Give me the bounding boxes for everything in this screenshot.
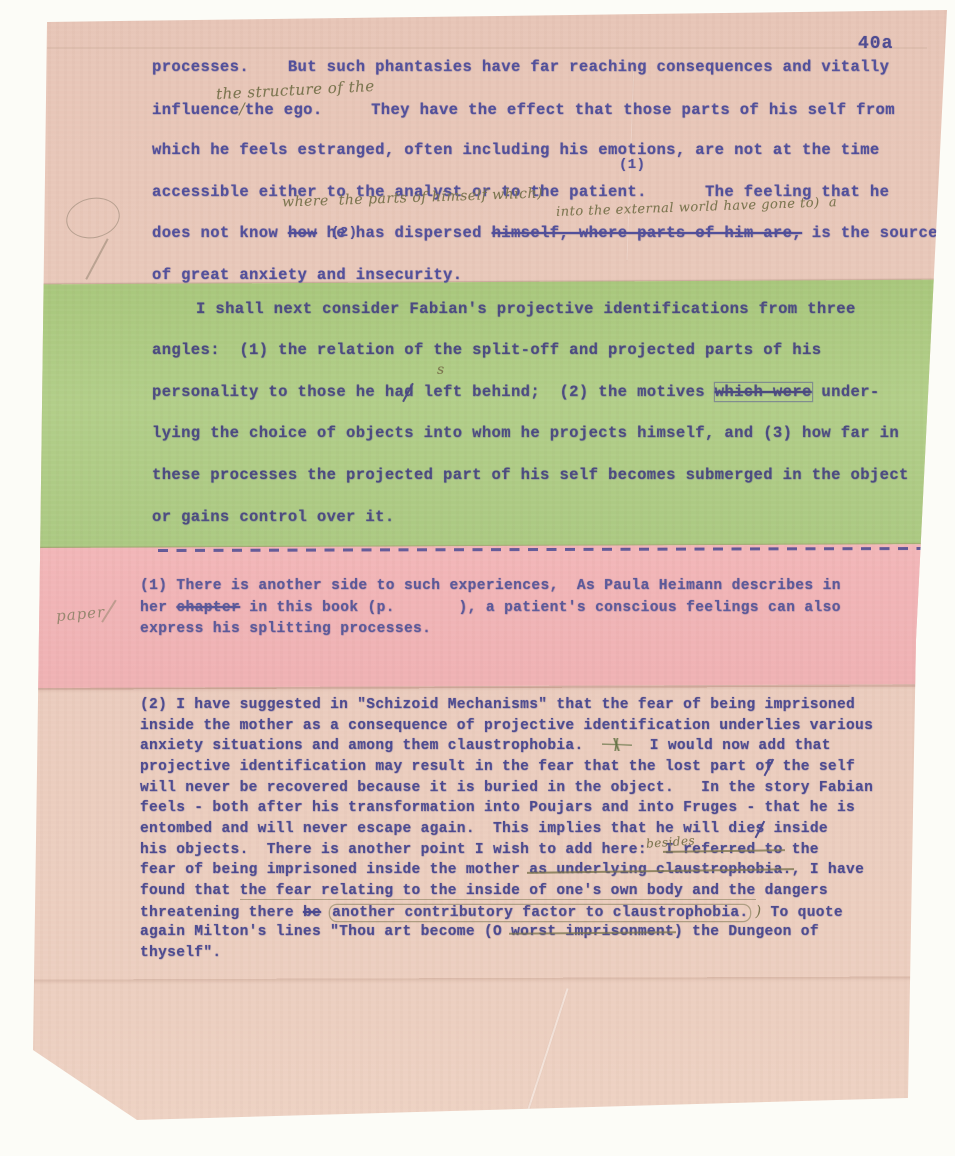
- pink-paper-strip: [30, 544, 955, 688]
- typed-text: influence: [152, 101, 239, 119]
- footnote-reference: (2): [331, 225, 357, 241]
- typed-text: lying the choice of objects into whom he…: [152, 424, 899, 442]
- typed-text: his objects. There is another point I wi…: [140, 842, 665, 858]
- main-paragraph-line: which he feels estranged, often includin…: [152, 141, 880, 159]
- typed-text: himself, where parts of him are,: [492, 224, 802, 242]
- typed-text: which were: [715, 383, 812, 401]
- green-paragraph-line: lying the choice of objects into whom he…: [152, 424, 899, 442]
- footnote-2-line: threatening there be another contributor…: [140, 904, 843, 921]
- typed-text: s: [756, 821, 765, 837]
- green-paragraph-line: personality to those he had left behind;…: [152, 383, 880, 401]
- typed-text: in this book (p. ), a patient's consciou…: [240, 600, 841, 616]
- typed-text: To quote: [761, 905, 842, 921]
- main-paragraph-line: processes. But such phantasies have far …: [152, 58, 889, 76]
- typed-text: inside: [765, 821, 828, 837]
- typed-text: anxiety situations and among them claust…: [140, 738, 602, 754]
- pencil-circle-mark: [62, 193, 123, 243]
- typed-text: chapter: [176, 600, 240, 616]
- typed-text: [321, 905, 330, 921]
- footnote-1-line: express his splitting processes.: [140, 621, 431, 637]
- main-paragraph-line: influence/the ego. They have the effect …: [152, 100, 895, 119]
- typed-text: processes. But such phantasies have far …: [152, 58, 889, 76]
- pencil-scribble: [602, 738, 632, 751]
- typed-text: is the source: [802, 224, 938, 242]
- typed-text: I shall next consider Fabian's projectiv…: [196, 300, 856, 318]
- typed-text: projective identification may result in …: [140, 759, 765, 775]
- footnote-2-line: entombed and will never escape again. Th…: [140, 821, 828, 837]
- typed-text: how: [288, 224, 317, 242]
- typed-text: express his splitting processes.: [140, 621, 431, 637]
- main-paragraph-line: does not know how he has dispersed himse…: [152, 224, 938, 242]
- typed-text: threatening there: [140, 905, 303, 921]
- typed-text: (1) There is another side to such experi…: [140, 578, 841, 594]
- typed-text: her: [140, 600, 176, 616]
- footnote-2-line: feels - both after his transformation in…: [140, 800, 855, 816]
- footnote-2-line: anxiety situations and among them claust…: [140, 738, 831, 754]
- typed-text: under-: [812, 383, 880, 401]
- typed-text: does not know: [152, 224, 288, 242]
- typed-text: the self: [774, 759, 855, 775]
- green-paragraph-line: I shall next consider Fabian's projectiv…: [196, 300, 856, 318]
- green-paragraph-line: or gains control over it.: [152, 508, 395, 526]
- typed-text: these processes the projected part of hi…: [152, 466, 909, 484]
- typed-text: angles: (1) the relation of the split-of…: [152, 341, 821, 359]
- typed-text: as underlying claustrophobia.: [529, 862, 792, 878]
- typed-text: f: [765, 759, 774, 775]
- typed-text: found that: [140, 883, 240, 899]
- paper-seam: [47, 47, 927, 49]
- typed-text: (2) I have suggested in "Schizoid Mechan…: [140, 697, 855, 713]
- typed-text: the: [783, 842, 819, 858]
- typed-text: inside the mother as a consequence of pr…: [140, 718, 873, 734]
- typed-text: the fear relating to the inside of one's…: [240, 883, 756, 900]
- typed-text: ) the Dungeon of: [674, 924, 819, 940]
- green-paragraph-line: angles: (1) the relation of the split-of…: [152, 341, 821, 359]
- footnote-2-line: his objects. There is another point I wi…: [140, 842, 819, 858]
- page-number: 40a: [858, 34, 893, 54]
- typed-text: which he feels estranged, often includin…: [152, 141, 880, 159]
- footnote-2-line: thyself".: [140, 945, 221, 961]
- typed-text: worst imprisonment: [511, 924, 674, 940]
- typed-text: or gains control over it.: [152, 508, 395, 526]
- footnote-2-line: again Milton's lines "Thou art become (O…: [140, 924, 819, 940]
- typed-text: personality to those he ha: [152, 383, 404, 401]
- typed-text: of great anxiety and insecurity.: [152, 266, 462, 284]
- typed-text: fear of being imprisoned inside the moth…: [140, 862, 529, 878]
- typed-text: thyself".: [140, 945, 221, 961]
- footnote-2-line: found that the fear relating to the insi…: [140, 883, 828, 899]
- footnote-1-line: (1) There is another side to such experi…: [140, 578, 841, 594]
- footnote-2-line: will never be recovered because it is bu…: [140, 780, 873, 796]
- footnote-2-line: fear of being imprisoned inside the moth…: [140, 862, 864, 878]
- typed-text: another contributory factor to claustrop…: [330, 905, 750, 921]
- typed-text: left behind; (2) the motives: [414, 383, 715, 401]
- typed-text: feels - both after his transformation in…: [140, 800, 855, 816]
- typed-text: again Milton's lines "Thou art become (O: [140, 924, 511, 940]
- typed-text: dangers: [756, 883, 828, 899]
- pencil-tick-mark: [85, 238, 108, 279]
- typed-text: will never be recovered because it is bu…: [140, 780, 873, 796]
- footnote-2-line: inside the mother as a consequence of pr…: [140, 718, 873, 734]
- footnote-2-line: (2) I have suggested in "Schizoid Mechan…: [140, 697, 855, 713]
- paper-crease: [523, 988, 568, 1122]
- main-paragraph-line: of great anxiety and insecurity.: [152, 266, 462, 284]
- typed-text: d: [404, 383, 414, 401]
- footnote-reference: (1): [619, 157, 645, 173]
- scanned-document: processes. But such phantasies have far …: [0, 0, 955, 1156]
- typed-text: , I have: [792, 862, 864, 878]
- handwritten-text: ): [750, 904, 761, 920]
- handwritten-annotation: s: [437, 362, 445, 378]
- typed-text: the ego. They have the effect that those…: [245, 101, 895, 119]
- green-paragraph-line: these processes the projected part of hi…: [152, 466, 909, 484]
- document-page: processes. But such phantasies have far …: [0, 0, 955, 1156]
- typed-text: I would now add that: [632, 738, 831, 754]
- footnote-2-line: projective identification may result in …: [140, 759, 855, 775]
- footnote-1-line: her chapter in this book (p. ), a patien…: [140, 600, 841, 616]
- typed-text: be: [303, 905, 321, 921]
